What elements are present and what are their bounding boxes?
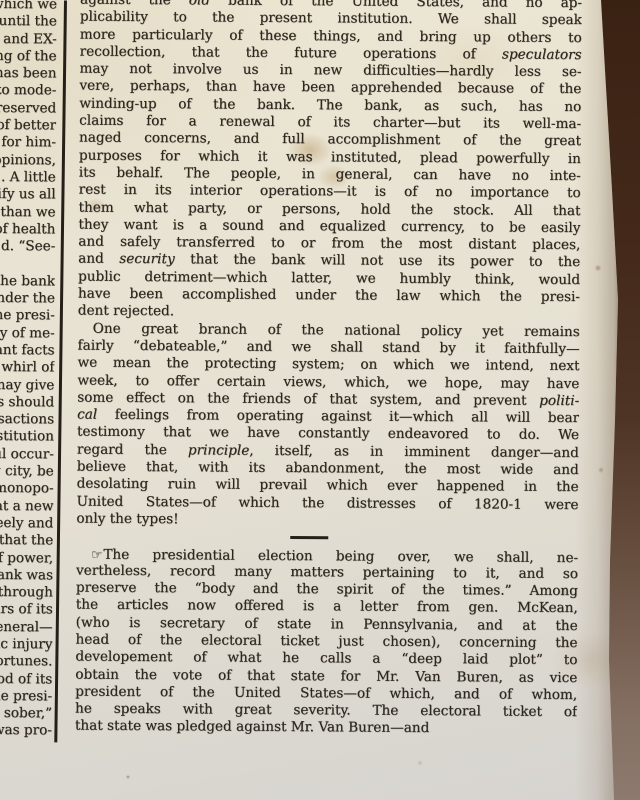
- text-line: ortant facts: [0, 342, 55, 360]
- text-line: d. “See-: [0, 238, 55, 256]
- text-line: riod of its: [0, 671, 52, 689]
- text-line: general—: [0, 619, 53, 637]
- newspaper-page: which we—until thet, and EX-ing of thee …: [0, 0, 640, 800]
- printers-fist-icon: ☞: [91, 546, 103, 561]
- text-line: the presi-: [0, 688, 52, 706]
- text-line: s opinions,: [0, 152, 56, 170]
- text-line: institution: [0, 428, 54, 446]
- text-line: e whirl of: [0, 359, 54, 377]
- text-line: of health: [0, 221, 55, 239]
- text-line: n under the: [0, 290, 55, 308]
- text-line: . A little: [0, 169, 56, 187]
- text-line: ing of the: [0, 48, 57, 66]
- text-line: fortunes.: [0, 653, 52, 671]
- text-line: ip, sober,”: [0, 705, 52, 723]
- text-line: alify us all: [0, 186, 56, 204]
- text-line: —until the: [0, 13, 57, 31]
- text-line: ears of its: [0, 601, 53, 619]
- photograph-canvas: which we—until thet, and EX-ing of thee …: [0, 0, 640, 800]
- text-line: e may give: [0, 377, 54, 395]
- text-line: g through: [0, 584, 53, 602]
- text-line: of power,: [0, 549, 53, 567]
- text-line: r to mode-: [0, 82, 56, 100]
- text-line: e for him-: [0, 134, 56, 152]
- text-line: gs than we: [0, 204, 56, 222]
- text-line: s bank was: [0, 567, 53, 585]
- text-line: ates should: [0, 394, 54, 412]
- text-line: that a new: [0, 498, 54, 516]
- text-line: freely and: [0, 515, 53, 533]
- text-line: ng city, be: [0, 463, 54, 481]
- text-line: s of better: [0, 117, 56, 135]
- text-line: f monopo-: [0, 480, 54, 498]
- text-line: ransactions: [0, 411, 54, 429]
- text-line: that state was pledged against Mr. Van B…: [75, 718, 577, 739]
- text-line: lic injury: [0, 636, 53, 654]
- printed-area: which we—until thet, and EX-ing of thee …: [0, 0, 640, 800]
- text-line: way of me-: [0, 325, 55, 343]
- blank-line: [0, 255, 55, 273]
- left-column-fragments: which we—until thet, and EX-ing of thee …: [0, 0, 57, 740]
- text-line: t, and EX-: [0, 31, 57, 49]
- text-line: g reserved: [0, 100, 56, 118]
- main-column: against the old bank of the United State…: [75, 0, 582, 739]
- text-line: f the bank: [0, 273, 55, 291]
- text-line: the presi-: [0, 307, 55, 325]
- section-divider-rule: [290, 536, 328, 539]
- text-line: which we: [0, 0, 57, 14]
- text-line: t was pro-: [0, 722, 52, 740]
- text-line: n that the: [0, 532, 53, 550]
- text-line: e has been: [0, 65, 57, 83]
- text-line: eful occur-: [0, 446, 54, 464]
